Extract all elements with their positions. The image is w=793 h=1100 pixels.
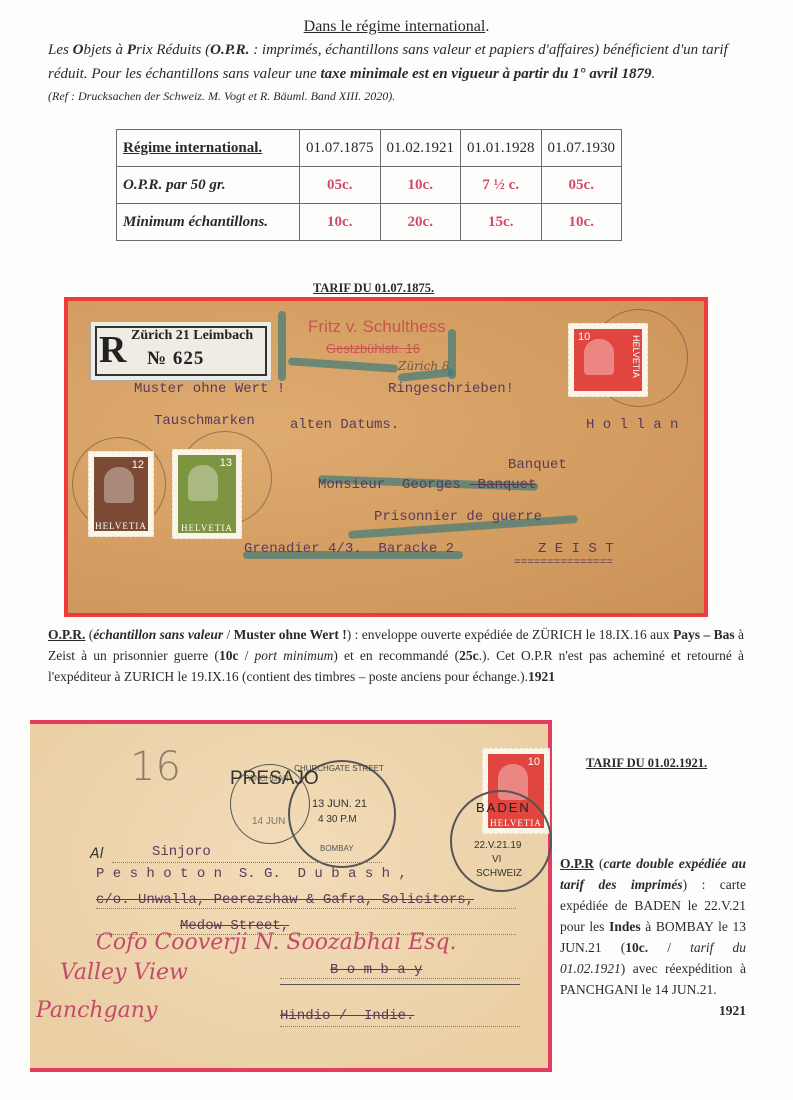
tell-portrait-icon (104, 467, 134, 503)
rate-value: 15c. (461, 204, 542, 241)
caption-1921: O.P.R (carte double expédiée au tarif de… (560, 853, 746, 1021)
typed-line-struck: c/o. Unwalla, Peerezshaw & Gafra, Solici… (96, 892, 474, 908)
rate-value: 05c. (541, 167, 622, 204)
table-date: 01.07.1875 (300, 130, 381, 167)
stamp-face: 10 HELVETIA (574, 329, 642, 391)
pencil-number: 16 (130, 744, 181, 790)
registration-office: Zürich 21 Leimbach (131, 328, 253, 344)
table-row: Minimum échantillons. 10c. 20c. 15c. 10c… (117, 204, 622, 241)
postmark-text: BADEN (476, 800, 531, 815)
caption-year: 1921 (560, 1000, 746, 1021)
rate-value: 20c. (380, 204, 461, 241)
caption-1875: O.P.R. (échantillon sans valeur / Muster… (48, 624, 744, 687)
crayon-mark (278, 311, 286, 381)
typed-line: Muster ohne Wert ! (134, 381, 285, 397)
stamp-value: 10 (528, 756, 540, 768)
typed-line: Tauschmarken (154, 413, 255, 429)
rate-value: 7 ½ c. (461, 167, 542, 204)
postage-stamp-12c: 12 HELVETIA (88, 451, 154, 537)
handwritten-redirect: Valley View (60, 960, 188, 985)
postcard-image: 16 PANCHGAN 14 JUN CHURCHGATE STREET 13 … (30, 720, 552, 1072)
typed-line-struck: Hindio / Indie. (280, 1008, 414, 1024)
stamp-country: HELVETIA (94, 521, 148, 531)
handwritten-redirect: Cofo Cooverji N. Soozabhai Esq. (96, 930, 457, 955)
sender-handstamp-address: Gestzbühlstr. 16 (326, 341, 420, 356)
registration-number: № 625 (147, 348, 204, 370)
stamp-face: 13 HELVETIA (178, 455, 236, 533)
postmark-text: 22.V.21.19 (474, 840, 521, 851)
intro-paragraph: Les Objets à Prix Réduits (O.P.R. : impr… (48, 38, 748, 86)
name-correction: Banquet (508, 457, 567, 473)
postmark-text: VI (492, 854, 501, 865)
rule (280, 984, 520, 985)
typed-line: Sinjoro (152, 844, 211, 860)
card-header: PRESAJO (230, 768, 319, 790)
typed-underline: =============== (514, 557, 613, 569)
table-row: O.P.R. par 50 gr. 05c. 10c. 7 ½ c. 05c. (117, 167, 622, 204)
typed-line: Grenadier 4/3. Baracke 2 (244, 541, 454, 557)
stamp-face: 12 HELVETIA (94, 457, 148, 531)
registration-letter: R (99, 328, 126, 372)
stamp-country: HELVETIA (178, 523, 236, 533)
typed-line: Monsieur Georges -Banquet (318, 477, 536, 493)
table-header-row: Régime international. 01.07.1875 01.02.1… (117, 130, 622, 167)
page-title: Dans le régime international. (0, 18, 793, 36)
stamp-value: 10 (578, 331, 590, 343)
rate-value: 05c. (300, 167, 381, 204)
row-label: Minimum échantillons. (117, 204, 300, 241)
typed-line: Ringeschrieben! (388, 381, 514, 397)
page-title-text: Dans le régime international (304, 18, 486, 35)
typed-line: alten Datums. (290, 417, 399, 433)
registration-label: R Zürich 21 Leimbach № 625 (90, 321, 272, 381)
typed-line: H o l l a n (586, 417, 678, 433)
section-title-1921: TARIF DU 01.02.1921. (586, 756, 707, 771)
typed-line: Z E I S T (538, 541, 614, 557)
postmark-text: 4 30 P.M (318, 814, 357, 825)
crayon-mark (288, 357, 398, 373)
typed-line-struck: B o m b a y (330, 962, 422, 978)
postage-stamp-10c: 10 HELVETIA (568, 323, 648, 397)
postmark-text: 14 JUN (252, 816, 285, 827)
pencil-note: Zürich 8 (398, 359, 450, 373)
typed-line: Prisonnier de guerre (374, 509, 542, 525)
table-date: 01.07.1930 (541, 130, 622, 167)
stamp-country: HELVETIA (631, 335, 641, 378)
stamp-value: 12 (132, 459, 144, 471)
typed-line: P e s h o t o n S. G. D u b a s h , (96, 866, 407, 882)
address-prefix: Al (90, 846, 103, 862)
tell-portrait-icon (188, 465, 218, 501)
envelope-image: R Zürich 21 Leimbach № 625 Fritz v. Schu… (64, 297, 708, 617)
postmark-text: 13 JUN. 21 (312, 798, 367, 810)
postmark-text: SCHWEIZ (476, 868, 522, 879)
handwritten-redirect: Panchgany (36, 998, 157, 1023)
row-label: O.P.R. par 50 gr. (117, 167, 300, 204)
reference-note: (Ref : Drucksachen der Schweiz. M. Vogt … (48, 89, 395, 104)
postmark-text: BOMBAY (320, 844, 354, 853)
table-header-label: Régime international. (117, 130, 300, 167)
rates-table: Régime international. 01.07.1875 01.02.1… (116, 129, 622, 241)
rate-value: 10c. (380, 167, 461, 204)
stamp-value: 13 (220, 457, 232, 469)
table-date: 01.02.1921 (380, 130, 461, 167)
postage-stamp-13c: 13 HELVETIA (172, 449, 242, 539)
section-title-1875: TARIF DU 01.07.1875. (313, 281, 434, 296)
rate-value: 10c. (300, 204, 381, 241)
page-title-suffix: . (485, 18, 489, 35)
rate-value: 10c. (541, 204, 622, 241)
tell-portrait-icon (584, 339, 614, 375)
table-date: 01.01.1928 (461, 130, 542, 167)
sender-handstamp: Fritz v. Schulthess (308, 317, 446, 337)
